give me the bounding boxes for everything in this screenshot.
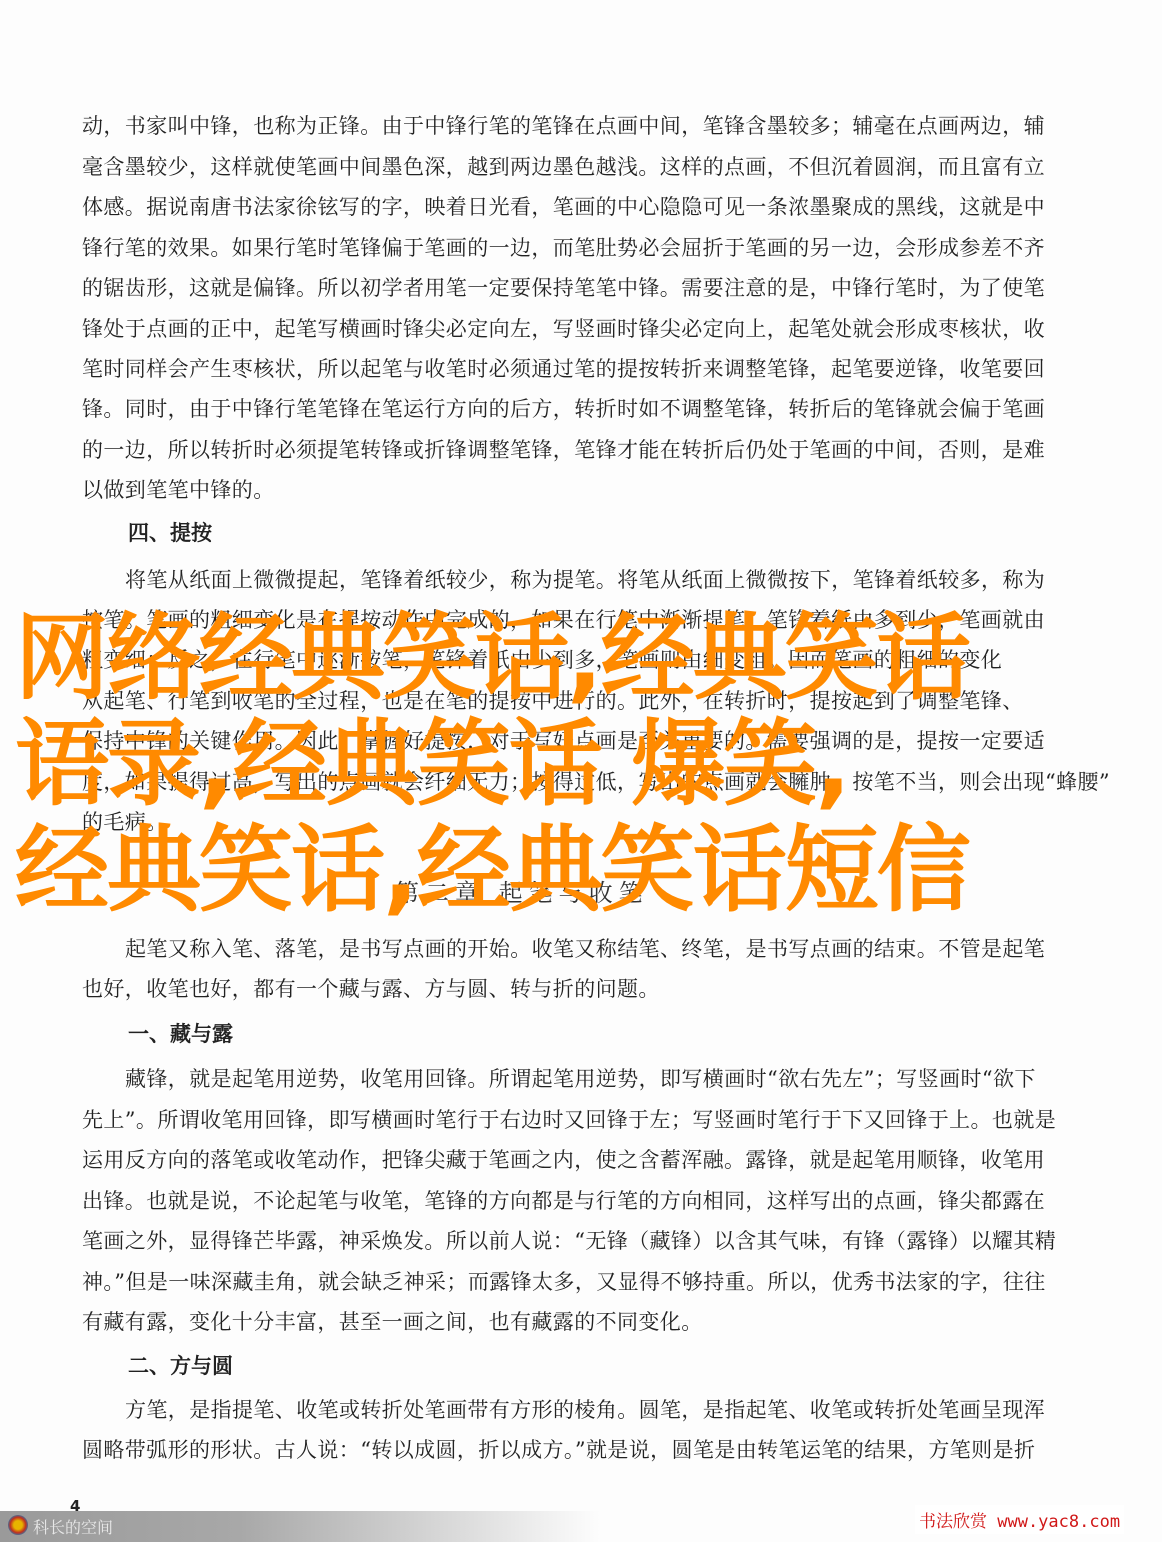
- overlay-line: 网络经典笑话,经典笑话: [15, 606, 1155, 712]
- text-line: 笔画之外，显得锋芒毕露，神采焕发。所以前人说：“无锋（藏锋）以含其气味，有锋（露…: [82, 1227, 1082, 1255]
- text-line: 藏锋，就是起笔用逆势，收笔用回锋。所谓起笔用逆势，即写横画时“欲右先左”；写竖画…: [125, 1065, 1125, 1093]
- page-number: 4: [70, 1497, 80, 1515]
- text-line: 以做到笔笔中锋的。: [82, 476, 1082, 504]
- overlay-title: 网络经典笑话,经典笑话 语录,经典笑话 爆笑, 经典笑话,经典笑话短信: [15, 606, 1155, 924]
- section-heading-tian: 四、提按: [128, 517, 212, 547]
- text-line: 的锯齿形，这就是偏锋。所以初学者用笔一定要保持笔笔中锋。需要注意的是，中锋行笔时…: [82, 274, 1082, 302]
- text-line: 锋。同时，由于中锋行笔笔锋在笔运行方向的后方，转折时如不调整笔锋，转折后的笔锋就…: [82, 395, 1082, 423]
- text-line: 有藏有露，变化十分丰富，甚至一画之间，也有藏露的不同变化。: [82, 1308, 1082, 1336]
- text-line: 动，书家叫中锋，也称为正锋。由于中锋行笔的笔锋在点画中间，笔锋含墨较多；辅毫在点…: [82, 112, 1082, 140]
- text-line: 也好，收笔也好，都有一个藏与露、方与圆、转与折的问题。: [82, 975, 1082, 1003]
- text-line: 将笔从纸面上微微提起，笔锋着纸较少，称为提笔。将笔从纸面上微微按下，笔锋着纸较多…: [125, 566, 1125, 594]
- text-line: 出锋。也就是说，不论起笔与收笔，笔锋的方向都是与行笔的方向相同，这样写出的点画，…: [82, 1187, 1082, 1215]
- text-line: 的一边，所以转折时必须提笔转锋或折锋调整笔锋，笔锋才能在转折后仍处于笔画的中间，…: [82, 436, 1082, 464]
- text-line: 运用反方向的落笔或收笔动作，把锋尖藏于笔画之内，使之含蓄浑融。露锋，就是起笔用顺…: [82, 1146, 1082, 1174]
- overlay-line: 经典笑话,经典笑话短信: [15, 818, 1155, 924]
- text-line: 神。”但是一味深藏圭角，就会缺乏神采；而露锋太多，又显得不够持重。所以，优秀书法…: [82, 1268, 1082, 1296]
- scanned-book-page: 动，书家叫中锋，也称为正锋。由于中锋行笔的笔锋在点画中间，笔锋含墨较多；辅毫在点…: [0, 0, 1162, 1542]
- footer-site-label: 科长的空间: [33, 1515, 113, 1538]
- text-line: 圆略带弧形的形状。古人说：“转以成圆，折以成方。”就是说，圆笔是由转笔运笔的结果…: [82, 1436, 1082, 1464]
- section-heading-fang-yuan: 二、方与圆: [128, 1350, 233, 1380]
- text-line: 先上”。所谓收笔用回锋，即写横画时笔行于右边时又回锋于左；写竖画时笔行于下又回锋…: [82, 1106, 1082, 1134]
- text-line: 锋处于点画的正中，起笔写横画时锋尖必定向左，写竖画时锋尖必定向上，起笔处就会形成…: [82, 315, 1082, 343]
- text-line: 锋行笔的效果。如果行笔时笔锋偏于笔画的一边，而笔肚势必会屈折于笔画的另一边，会形…: [82, 234, 1082, 262]
- section-heading-cang-lu: 一、藏与露: [128, 1018, 233, 1048]
- site-watermark: 书法欣赏 www.yac8.com: [915, 1505, 1124, 1534]
- text-line: 起笔又称入笔、落笔，是书写点画的开始。收笔又称结笔、终笔，是书写点画的结束。不管…: [125, 935, 1125, 963]
- overlay-line: 语录,经典笑话 爆笑,: [15, 712, 1155, 818]
- text-line: 笔时同样会产生枣核状，所以起笔与收笔时必须通过笔的提按转折来调整笔锋，起笔要逆锋…: [82, 355, 1082, 383]
- text-line: 毫含墨较少，这样就使笔画中间墨色深，越到两边墨色越浅。这样的点画，不但沉着圆润，…: [82, 153, 1082, 181]
- text-line: 方笔，是指提笔、收笔或转折处笔画带有方形的棱角。圆笔，是指起笔、收笔或转折处笔画…: [125, 1396, 1125, 1424]
- site-logo-icon: [8, 1515, 28, 1535]
- text-line: 体感。据说南唐书法家徐铉写的字，映着日光看，笔画的中心隐隐可见一条浓墨聚成的黑线…: [82, 193, 1082, 221]
